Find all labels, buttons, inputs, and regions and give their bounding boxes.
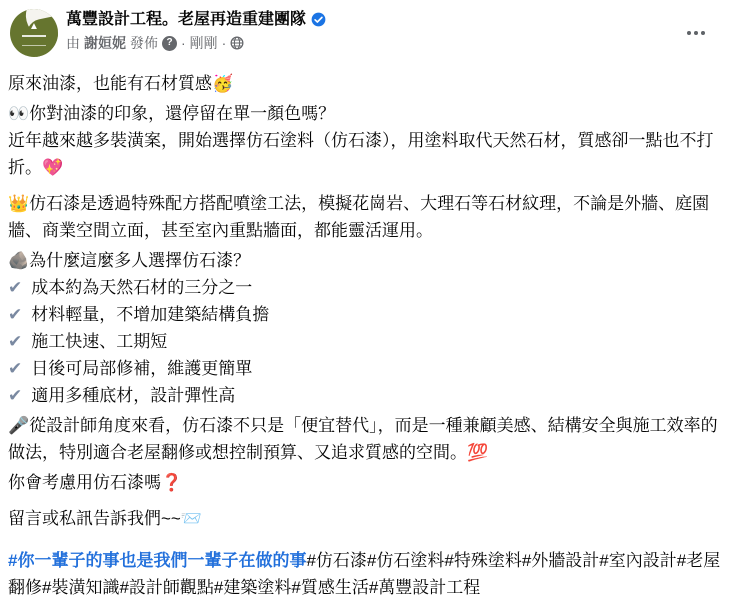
post-paragraph: 🎤從設計師角度來看，仿石漆不只是「便宜替代」，而是一種兼顧美感、結構安全與施工效… <box>8 412 726 466</box>
timestamp-link[interactable]: 剛剛 <box>190 34 218 52</box>
dot-separator: · <box>222 34 227 52</box>
benefit-list-item: ✔材料輕量，不增加建築結構負擔 <box>8 301 726 328</box>
avatar-logo-text-lines <box>22 35 46 46</box>
check-mark-icon: ✔ <box>8 278 22 297</box>
avatar-logo-mark: ▲ <box>10 22 58 32</box>
header-texts: 萬豐設計工程。老屋再造重建團隊 由 謝姮妮 發佈 ? · 剛剛 · <box>66 9 326 52</box>
more-options-button[interactable] <box>682 24 710 42</box>
post-paragraph: 近年越來越多裝潢案，開始選擇仿石塗料（仿石漆），用塗料取代天然石材，質感卻一點也… <box>8 127 726 181</box>
byline-action: 發佈 <box>130 34 158 52</box>
facebook-post: ▲ 萬豐設計工程。老屋再造重建團隊 由 謝姮妮 發佈 ? · 剛剛 · <box>0 0 732 602</box>
benefit-list-item: ✔日後可局部修補，維護更簡單 <box>8 355 726 382</box>
benefit-text: 成本約為天然石材的三分之一 <box>31 278 252 297</box>
hashtag-block: #你一輩子的事也是我們一輩子在做的事#仿石漆#仿石塗料#特殊塗料#外牆設計#室內… <box>8 547 726 601</box>
check-mark-icon: ✔ <box>8 359 22 378</box>
check-mark-icon: ✔ <box>8 332 22 351</box>
post-paragraph: 👑仿石漆是透過特殊配方搭配噴塗工法，模擬花崗岩、大理石等石材紋理，不論是外牆、庭… <box>8 190 726 244</box>
author-name-link[interactable]: 謝姮妮 <box>84 34 126 52</box>
page-avatar[interactable]: ▲ <box>10 9 58 57</box>
post-paragraph: 👀你對油漆的印象，還停留在單一顏色嗎？ <box>8 100 726 127</box>
post-header: ▲ 萬豐設計工程。老屋再造重建團隊 由 謝姮妮 發佈 ? · 剛剛 · <box>0 0 732 57</box>
benefit-text: 材料輕量，不增加建築結構負擔 <box>31 305 269 324</box>
benefit-list-item: ✔成本約為天然石材的三分之一 <box>8 274 726 301</box>
check-mark-icon: ✔ <box>8 386 22 405</box>
post-paragraph: 🪨為什麼這麼多人選擇仿石漆？ <box>8 247 726 274</box>
post-paragraph: 原來油漆，也能有石材質感🥳 <box>8 70 726 97</box>
benefit-text: 日後可局部修補，維護更簡單 <box>31 359 252 378</box>
hashtag-featured-link[interactable]: #你一輩子的事也是我們一輩子在做的事 <box>8 551 306 570</box>
post-paragraph: 你會考慮用仿石漆嗎❓ <box>8 469 726 496</box>
dot <box>687 31 691 35</box>
benefit-text: 施工快速、工期短 <box>31 332 167 351</box>
verified-badge-icon <box>311 12 326 27</box>
post-paragraph: 留言或私訊告訴我們~~📨 <box>8 505 726 532</box>
post-content: 原來油漆，也能有石材質感🥳 👀你對油漆的印象，還停留在單一顏色嗎？ 近年越來越多… <box>0 57 732 601</box>
dot-separator: · <box>181 34 186 52</box>
help-icon[interactable]: ? <box>162 36 177 51</box>
dot <box>694 31 698 35</box>
dot <box>701 31 705 35</box>
benefit-text: 適用多種底材，設計彈性高 <box>31 386 235 405</box>
globe-public-icon <box>230 36 244 50</box>
byline-prefix: 由 <box>66 34 80 52</box>
check-mark-icon: ✔ <box>8 305 22 324</box>
post-byline: 由 謝姮妮 發佈 ? · 剛剛 · <box>66 34 326 52</box>
page-name-link[interactable]: 萬豐設計工程。老屋再造重建團隊 <box>66 9 306 30</box>
benefit-list-item: ✔施工快速、工期短 <box>8 328 726 355</box>
benefit-list-item: ✔適用多種底材，設計彈性高 <box>8 382 726 409</box>
